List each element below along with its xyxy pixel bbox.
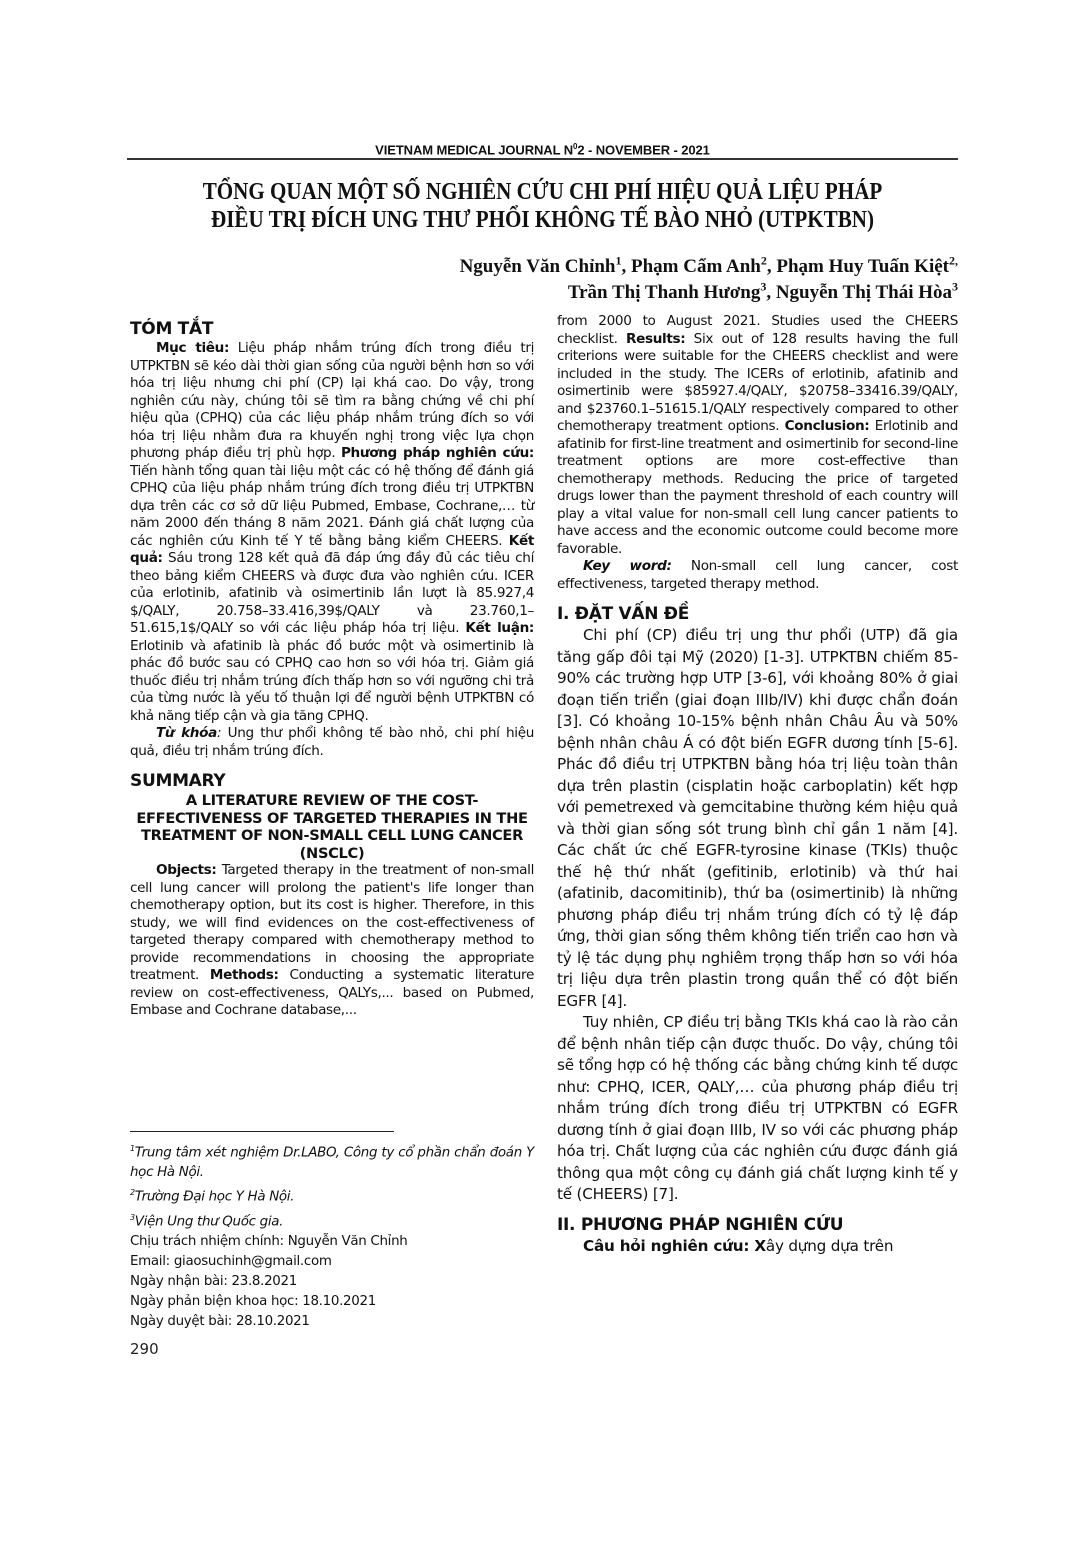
article-title: TỔNG QUAN MỘT SỐ NGHIÊN CỨU CHI PHÍ HIỆU…: [185, 178, 900, 234]
email: Email: giaosuchinh@gmail.com: [130, 1252, 534, 1272]
title-line-2: ĐIỀU TRỊ ĐÍCH UNG THƯ PHỔI KHÔNG TẾ BÀO …: [185, 206, 900, 234]
research-question-text: ây dựng dựa trên: [766, 1237, 894, 1255]
section-1-para-2: Tuy nhiên, CP điều trị bằng TKIs khá cao…: [557, 1012, 958, 1206]
author-affiliation-sup: 2,: [949, 254, 958, 268]
conclusion-label-en: Conclusion:: [785, 418, 870, 434]
author-name: Nguyễn Thị Thái Hòa: [776, 282, 952, 303]
affiliation-1: 1Trung tâm xét nghiệm Dr.LABO, Công ty c…: [130, 1139, 534, 1183]
right-column: from 2000 to August 2021. Studies used t…: [557, 313, 958, 1257]
conclusion-text-en: Erlotinib and afatinib for first-line tr…: [557, 418, 958, 557]
author-list: Nguyễn Văn Chỉnh1, Phạm Cẩm Anh2, Phạm H…: [460, 254, 958, 306]
affiliation-3: 3Viện Ung thư Quốc gia.: [130, 1208, 534, 1232]
title-line-1: TỔNG QUAN MỘT SỐ NGHIÊN CỨU CHI PHÍ HIỆU…: [185, 178, 900, 206]
objects-label: Objects:: [156, 862, 216, 878]
keywords-label-en: Key word:: [583, 558, 672, 574]
footnotes: 1Trung tâm xét nghiệm Dr.LABO, Công ty c…: [130, 1139, 534, 1332]
section-1-heading: I. ĐẶT VẤN ĐỀ: [557, 603, 958, 625]
keywords-en: Key word: Non-small cell lung cancer, co…: [557, 558, 958, 593]
research-question-label: Câu hỏi nghiên cứu: X: [583, 1237, 766, 1255]
author-name: Trần Thị Thanh Hương: [568, 282, 761, 303]
conclusion-label: Kết luận:: [465, 620, 534, 636]
methods-text: Tiến hành tổng quan tài liệu một các có …: [130, 463, 534, 549]
author-name: Phạm Huy Tuấn Kiệt: [776, 256, 949, 277]
summary-title: A LITERATURE REVIEW OF THE COST-EFFECTIV…: [130, 792, 534, 862]
results-label-en: Results:: [626, 331, 685, 347]
summary-heading: SUMMARY: [130, 770, 534, 792]
abstract-en-continued: from 2000 to August 2021. Studies used t…: [557, 313, 958, 558]
affiliation-text: Trung tâm xét nghiệm Dr.LABO, Công ty cổ…: [130, 1145, 534, 1180]
objective-text: Liệu pháp nhắm trúng đích trong điều trị…: [130, 340, 534, 461]
author-name: Nguyễn Văn Chỉnh: [460, 256, 616, 277]
abstract-vi-body: Mục tiêu: Liệu pháp nhắm trúng đích tron…: [130, 340, 534, 725]
keywords-label: Từ khóa: [156, 725, 217, 741]
header-rule: [127, 158, 958, 160]
methods-label-en: Methods:: [210, 967, 279, 983]
footnote-rule: [130, 1131, 394, 1132]
conclusion-text: Erlotinib và afatinib là phác đồ bước mộ…: [130, 638, 534, 724]
author-affiliation-sup: 3: [952, 280, 958, 294]
author-separator: ,: [767, 256, 777, 277]
author-separator: ,: [622, 256, 632, 277]
section-2-para: Câu hỏi nghiên cứu: Xây dựng dựa trên: [557, 1236, 958, 1258]
journal-issue: 2 - NOVEMBER - 2021: [577, 142, 709, 157]
reviewed-date: Ngày phản biện khoa học: 18.10.2021: [130, 1292, 534, 1312]
accepted-date: Ngày duyệt bài: 28.10.2021: [130, 1312, 534, 1332]
corresponding-author: Chịu trách nhiệm chính: Nguyễn Văn Chỉnh: [130, 1232, 534, 1252]
objective-label: Mục tiêu:: [156, 340, 229, 356]
abstract-vi-heading: TÓM TẮT: [130, 318, 534, 340]
left-column: TÓM TẮT Mục tiêu: Liệu pháp nhắm trúng đ…: [130, 318, 534, 1020]
author-line-1: Nguyễn Văn Chỉnh1, Phạm Cẩm Anh2, Phạm H…: [460, 254, 958, 280]
author-line-2: Trần Thị Thanh Hương3, Nguyễn Thị Thái H…: [460, 280, 958, 306]
journal-name: VIETNAM MEDICAL JOURNAL N: [375, 142, 573, 157]
author-separator: ,: [766, 282, 776, 303]
author-name: Phạm Cẩm Anh: [631, 256, 761, 277]
affiliation-2: 2Trường Đại học Y Hà Nội.: [130, 1183, 534, 1207]
keywords-vi: Từ khóa: Ung thư phổi không tế bào nhỏ, …: [130, 725, 534, 760]
affiliation-text: Viện Ung thư Quốc gia.: [135, 1214, 283, 1229]
page-number: 290: [130, 1340, 159, 1358]
abstract-en-body: Objects: Targeted therapy in the treatme…: [130, 862, 534, 1020]
received-date: Ngày nhận bài: 23.8.2021: [130, 1272, 534, 1292]
methods-label: Phương pháp nghiên cứu:: [341, 445, 534, 461]
running-header: VIETNAM MEDICAL JOURNAL N02 - NOVEMBER -…: [127, 142, 958, 157]
affiliation-text: Trường Đại học Y Hà Nội.: [135, 1190, 294, 1205]
section-2-heading: II. PHƯƠNG PHÁP NGHIÊN CỨU: [557, 1214, 958, 1236]
section-1-para-1: Chi phí (CP) điều trị ung thư phổi (UTP)…: [557, 625, 958, 1012]
objects-text: Targeted therapy in the treatment of non…: [130, 862, 534, 983]
